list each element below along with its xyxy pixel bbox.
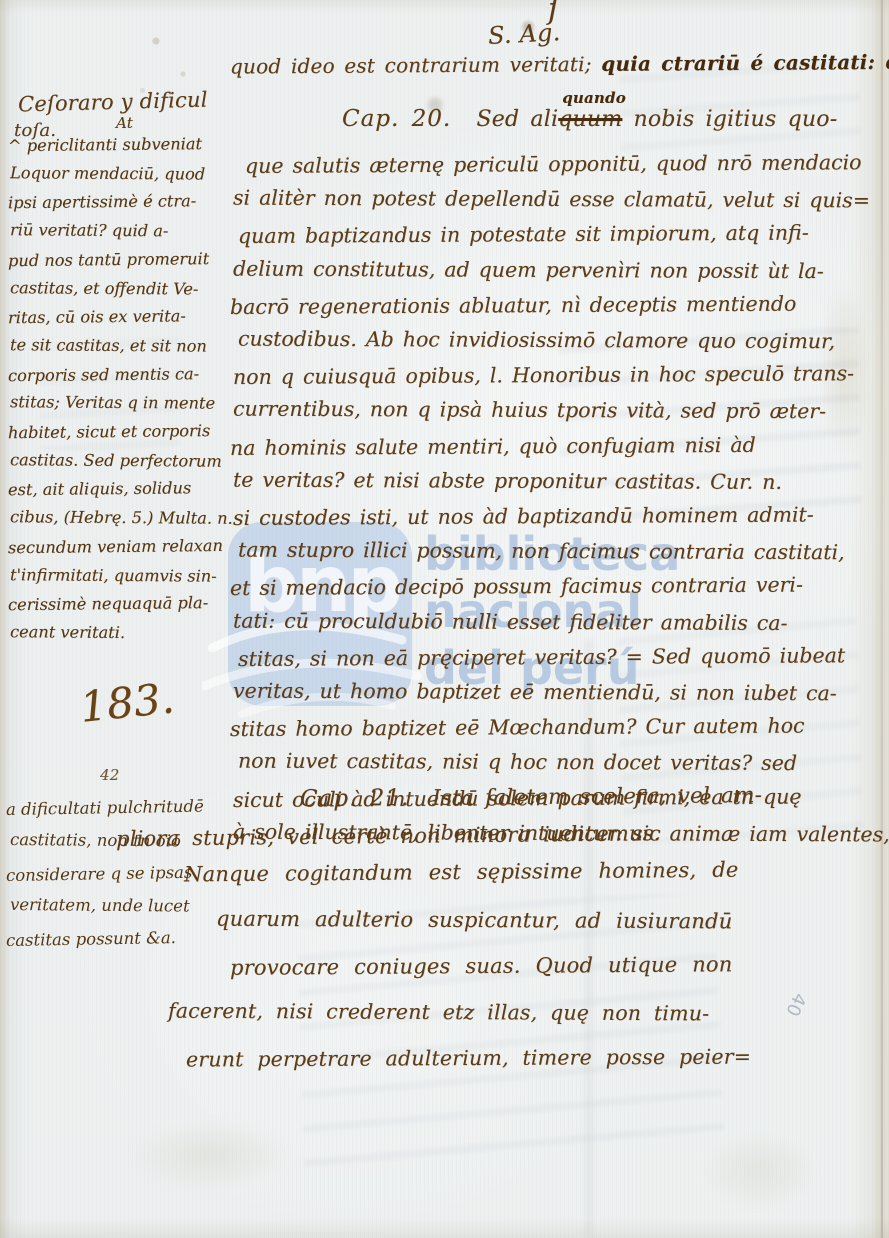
small-numeral-mark: 42 bbox=[100, 766, 120, 784]
main-text-line: quarum adulterio suspicantur, ad iusiura… bbox=[216, 907, 733, 934]
chapter-20-lead: Sed ali bbox=[476, 107, 558, 132]
main-text-line: delium constitutus, ad quem pervenìri no… bbox=[233, 251, 889, 289]
main-text-line: na hominis salute mentiri, quò confugiam… bbox=[230, 427, 889, 466]
main-text-line: veritas, ut homo baptizet eē mentiendū, … bbox=[233, 674, 889, 712]
main-text-line: si alitèr non potest depellendū esse cla… bbox=[233, 181, 889, 219]
main-text-line: que salutis æternę periculū opponitū, qu… bbox=[245, 145, 889, 184]
margin-note-line: ^ periclitanti subveniat bbox=[8, 130, 236, 161]
first-text-line: quod ideo est contrarium veritati; quia … bbox=[230, 50, 889, 79]
chapter-20-label: Cap. 20. bbox=[342, 106, 451, 132]
chapter-21-label: Cap. 21. bbox=[300, 785, 409, 812]
line1-normal: quod ideo est contrarium veritati; bbox=[230, 52, 592, 79]
superscript-correction: quando bbox=[562, 89, 626, 107]
margin-note-line: pud nos tantū promeruit bbox=[8, 245, 236, 276]
margin-note-line: corporis sed mentis ca- bbox=[8, 359, 236, 390]
margin-note-line: ceant veritati. bbox=[10, 618, 236, 648]
main-text-line: provocare coniuges suas. Quod utique non bbox=[230, 952, 733, 980]
main-text-line: non q cuiusquā opibus, l. Honoribus in h… bbox=[233, 356, 889, 395]
margin-heading-line: At bbox=[116, 114, 133, 132]
margin-note-line: cibus, (Hebrę. 5.) Multa. n. bbox=[10, 503, 236, 533]
main-text-line: non iuvet castitas, nisi q hoc non docet… bbox=[238, 744, 889, 782]
margin-note-block: ^ periclitanti subveniat Loquor mendaciū… bbox=[8, 131, 236, 648]
margin-note-line: veritatem, unde lucet bbox=[10, 889, 238, 924]
main-text-line: stitas homo baptizet eē Mœchandum? Cur a… bbox=[230, 708, 889, 747]
margin-note-line: est, ait aliquis, solidus bbox=[8, 474, 236, 505]
line1-bold: quia ctrariū é castitati: et vt, bbox=[601, 50, 889, 76]
margin-note-line: secundum veniam relaxan bbox=[8, 532, 236, 563]
main-text-line: erunt perpetrare adulterium, timere poss… bbox=[186, 1045, 751, 1072]
margin-note-line: castitas possunt &a. bbox=[6, 921, 239, 958]
margin-note-line: riū veritati? quid a- bbox=[10, 216, 236, 246]
main-text-line: quam baptizandus in potestate sit impior… bbox=[238, 215, 889, 254]
pencil-foliation-mark: 40 bbox=[781, 989, 810, 1019]
margin-note-line: castitas. Sed perfectorum bbox=[10, 446, 236, 476]
header-mark: S. Ag. bbox=[487, 18, 561, 50]
margin-note-line: a dificultati pulchritudē bbox=[6, 790, 239, 827]
chapter-21-heading-line: Cap. 21. Ista ſaletem scelera, vel am- bbox=[300, 782, 762, 812]
margin-note-line: habitet, sicut et corporis bbox=[8, 417, 236, 448]
struck-word: quum bbox=[558, 107, 622, 132]
main-text-line: facerent, nisi crederent etz illas, quę … bbox=[168, 999, 709, 1026]
main-text-line: custodibus. Ab hoc invidiosissimō clamor… bbox=[238, 322, 889, 360]
chapter-21-lead: Ista ſaletem scelera, vel am- bbox=[432, 783, 762, 811]
margin-note-line: Loquor mendaciū, quod bbox=[10, 159, 236, 189]
main-text-line: tam stupro illici possum, non facimus co… bbox=[238, 533, 889, 571]
margin-note-line: cerissimè nequaquā pla- bbox=[8, 589, 236, 620]
corrected-word: quumquando bbox=[558, 107, 622, 132]
main-text-block: que salutis æternę periculū opponitū, qu… bbox=[233, 147, 889, 851]
main-text-line: Nanque cogitandum est sępissime homines,… bbox=[184, 858, 739, 887]
main-text-line: currentibus, non q ipsà huius tporis vit… bbox=[233, 392, 889, 430]
page-number: 183. bbox=[78, 673, 177, 732]
margin-note-line: stitas; Veritas q in mente bbox=[10, 389, 236, 419]
margin-note-line: ritas, cū ois ex verita- bbox=[8, 302, 236, 333]
manuscript-page-scan: bnp biblioteca nacional del perú ſ S. Ag… bbox=[0, 0, 889, 1238]
margin-heading-line: Ceſoraro y dificul bbox=[18, 88, 208, 117]
main-text-line: et si mendacio decipō possum facimus con… bbox=[230, 567, 889, 606]
main-text-line: te veritas? et nisi abste proponitur cas… bbox=[233, 462, 889, 500]
margin-note-line: te sit castitas, et sit non bbox=[10, 331, 236, 361]
main-text-line: bacrō regenerationis abluatur, nì decept… bbox=[230, 286, 889, 325]
margin-note-line: ipsi apertissimè é ctra- bbox=[8, 187, 236, 218]
chapter-20-heading-line: Cap. 20. Sed aliquumquando nobis igitius… bbox=[342, 106, 837, 132]
margin-note-line: castitas, et offendit Ve- bbox=[10, 274, 236, 304]
main-text-line: stitas, si non eā pręciperet veritas? = … bbox=[238, 638, 889, 677]
chapter-20-lead-end: nobis igitius quo- bbox=[634, 107, 838, 132]
main-text-line: tati: cū proculdubiō nulli esset fidelit… bbox=[233, 603, 889, 641]
main-text-line: si custodes isti, ut nos àd baptizandū h… bbox=[233, 497, 889, 536]
margin-note-line: t'infirmitati, quamvis sin- bbox=[10, 561, 236, 591]
handwriting-layer: ſ S. Ag. quod ideo est contrarium verita… bbox=[0, 0, 889, 1238]
